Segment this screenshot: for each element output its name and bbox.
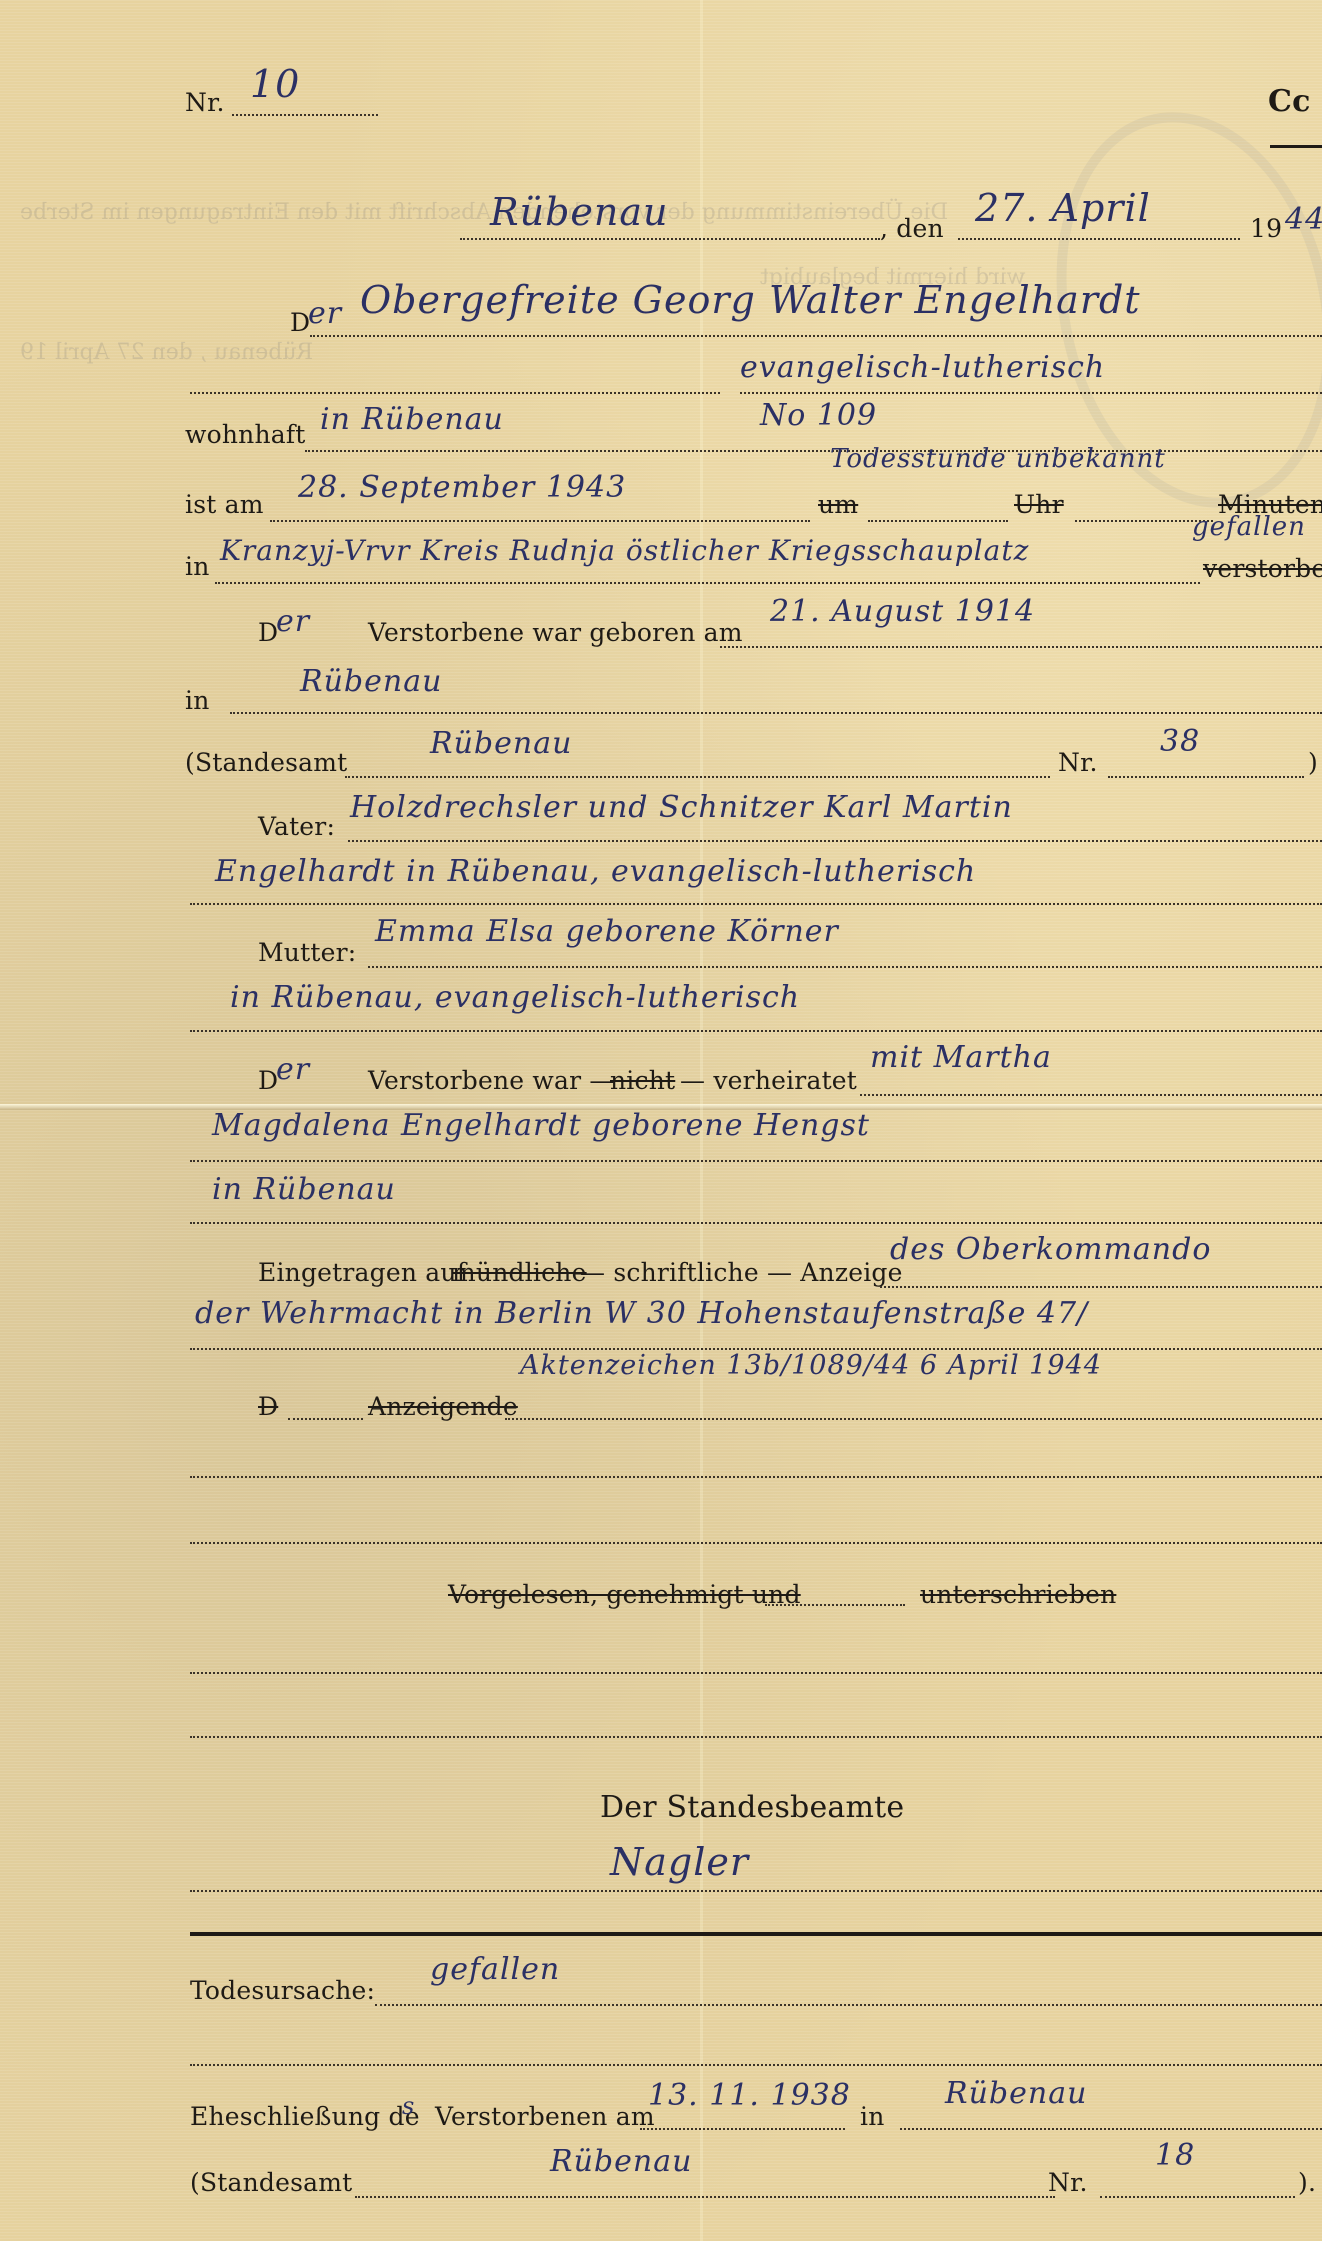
marriage-place: Rübenau — [945, 2076, 1087, 2111]
birth-label: Verstorbene war geboren am — [368, 618, 743, 647]
anzeige-label: — schriftliche — Anzeige — [580, 1258, 903, 1287]
deceased-name: Obergefreite Georg Walter Engelhardt — [360, 278, 1141, 322]
blank-line-4 — [190, 1736, 1322, 1738]
religion-field-line — [740, 392, 1322, 394]
showthrough-text-3: Rübenau , den 27 April 19 — [20, 340, 313, 365]
death-date-field-line — [270, 520, 810, 522]
gefallen-note: gefallen — [1192, 512, 1306, 542]
todesursache-field-line — [375, 2004, 1322, 2006]
registration-line-1: des Oberkommando — [890, 1232, 1211, 1267]
mutter-field-line-2 — [190, 1030, 1322, 1032]
birth-nr: 38 — [1160, 724, 1200, 759]
deceased-residence: in Rübenau — [320, 402, 504, 437]
marriage-nr: 18 — [1155, 2138, 1195, 2173]
den-label: , den — [880, 214, 944, 243]
deceased-religion: evangelisch-lutherisch — [740, 350, 1105, 385]
mutter-label: Mutter: — [258, 938, 356, 967]
muendliche-label: mündliche — [452, 1258, 587, 1287]
birth-standesamt-field-line — [345, 776, 1050, 778]
registration-field-line — [880, 1286, 1322, 1288]
marriage-article-suffix: er — [276, 1052, 310, 1087]
form-code-underline — [1270, 145, 1322, 148]
time-unknown-note: Todesstunde unbekannt — [830, 444, 1166, 474]
birth-close-paren: ) — [1308, 748, 1318, 777]
spouse-line-2: Magdalena Engelhardt geborene Hengst — [212, 1108, 870, 1143]
header-date: 27. April — [975, 186, 1151, 230]
marriage-close-paren: ). — [1298, 2168, 1316, 2197]
birth-nr-label: Nr. — [1058, 748, 1098, 777]
vorgelesen-field-line — [765, 1604, 905, 1606]
registrar-signature: Nagler — [610, 1840, 749, 1884]
mutter-line-2: in Rübenau, evangelisch-lutherisch — [230, 980, 800, 1015]
signature-line — [190, 1890, 1322, 1892]
eheschliessung-suffix: s — [402, 2092, 415, 2120]
spouse-field-line-3 — [190, 1222, 1322, 1224]
marriage-standesamt: Rübenau — [550, 2144, 692, 2179]
mutter-field-line — [368, 966, 1322, 968]
blank-line-3 — [190, 1672, 1322, 1674]
todesursache-value: gefallen — [430, 1952, 560, 1987]
marriage-nr-label: Nr. — [1048, 2168, 1088, 2197]
marriage-label-a: Verstorbene war — — [368, 1066, 615, 1095]
vater-field-line-2 — [190, 903, 1322, 905]
registration-aktenzeichen: Aktenzeichen 13b/1089/44 6 April 1944 — [520, 1350, 1102, 1381]
vater-line-2: Engelhardt in Rübenau, evangelisch-luthe… — [215, 854, 976, 889]
date-field-line — [958, 238, 1240, 240]
marriage-label-b: — verheiratet — [680, 1066, 857, 1095]
residence-field-line — [305, 450, 1322, 452]
registrar-title: Der Standesbeamte — [600, 1790, 904, 1825]
uhr-label: Uhr — [1014, 490, 1064, 519]
nicht-label: nicht — [610, 1066, 675, 1095]
anzeigende-d-label: D — [258, 1392, 278, 1421]
death-place: Kranzyj-Vrvr Kreis Rudnja östlicher Krie… — [220, 534, 1029, 567]
form-code: Cc — [1268, 84, 1311, 119]
birth-place: Rübenau — [300, 664, 442, 699]
nr-value: 10 — [250, 62, 300, 106]
birth-place-in-label: in — [185, 686, 210, 715]
marriage-standesamt-label: (Standesamt — [190, 2168, 352, 2197]
eheschliessung-label-a: Eheschließung de — [190, 2102, 420, 2131]
birth-date: 21. August 1914 — [770, 594, 1035, 629]
year-prefix: 19 — [1250, 214, 1282, 243]
spouse-field-line-2 — [190, 1160, 1322, 1162]
eingetragen-label: Eingetragen auf — [258, 1258, 466, 1287]
name-field-line — [310, 335, 1322, 337]
spouse-line-1: mit Martha — [870, 1040, 1052, 1075]
name-field-line-2 — [190, 392, 720, 394]
vater-field-line — [348, 840, 1322, 842]
nr-label: Nr. — [185, 88, 225, 117]
hour-field-line — [868, 520, 1008, 522]
vater-label: Vater: — [258, 812, 335, 841]
spouse-field-line — [860, 1094, 1322, 1096]
nr-field-line — [232, 114, 378, 116]
anzeigende-label: Anzeigende — [368, 1392, 518, 1421]
place-field-line — [460, 238, 880, 240]
todesursache-field-line-2 — [190, 2064, 1322, 2066]
showthrough-text-1: Die Übereinstimmung der vorstehenden Abs… — [20, 200, 948, 225]
unterschrieben-label: unterschrieben — [920, 1580, 1116, 1609]
anzeigende-field-line — [505, 1418, 1322, 1420]
marriage-date-field-line — [640, 2128, 845, 2130]
eheschliessung-label-b: Verstorbenen am — [435, 2102, 655, 2131]
spouse-line-3: in Rübenau — [212, 1172, 396, 1207]
wohnhaft-label: wohnhaft — [185, 420, 306, 449]
birth-standesamt-label: (Standesamt — [185, 748, 347, 777]
ist-am-label: ist am — [185, 490, 264, 519]
birth-article-suffix: er — [276, 604, 310, 639]
marriage-in-label: in — [860, 2102, 885, 2131]
blank-line-1 — [190, 1476, 1322, 1478]
mutter-line-1: Emma Elsa geborene Körner — [375, 914, 839, 949]
verstorben-label: verstorben. — [1203, 554, 1322, 583]
deceased-house-no: No 109 — [760, 398, 877, 433]
marriage-date: 13. 11. 1938 — [648, 2078, 851, 2113]
header-place: Rübenau — [490, 190, 669, 234]
death-place-field-line — [215, 582, 1200, 584]
birth-nr-field-line — [1108, 776, 1304, 778]
marriage-nr-field-line — [1100, 2196, 1295, 2198]
blank-line-2 — [190, 1542, 1322, 1544]
marriage-standesamt-field-line — [355, 2196, 1055, 2198]
section-divider — [190, 1932, 1322, 1936]
birth-date-field-line — [720, 646, 1322, 648]
marriage-place-field-line — [900, 2128, 1322, 2130]
vorgelesen-label: Vorgelesen, genehmigt und — [448, 1580, 801, 1609]
anzeigende-article-line — [288, 1418, 363, 1420]
todesursache-label: Todesursache: — [190, 1976, 375, 2005]
birth-standesamt: Rübenau — [430, 726, 572, 761]
birth-place-field-line — [230, 712, 1322, 714]
death-place-in-label: in — [185, 552, 210, 581]
year-suffix: 44 — [1285, 202, 1322, 237]
um-label: um — [818, 490, 858, 519]
vater-line-1: Holzdrechsler und Schnitzer Karl Martin — [350, 790, 1013, 825]
deceased-article-suffix: er — [308, 296, 342, 331]
death-date: 28. September 1943 — [298, 470, 626, 505]
registration-line-2: der Wehrmacht in Berlin W 30 Hohenstaufe… — [195, 1296, 1088, 1331]
